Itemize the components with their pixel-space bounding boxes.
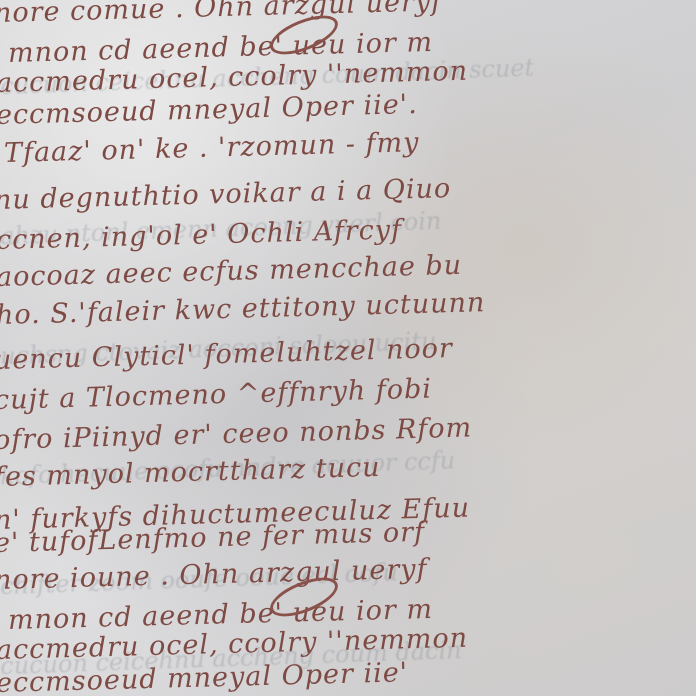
handwritten-line: nore ioune . Ohn arzgul ueryf xyxy=(0,554,428,596)
handwritten-line: fes mnyol mocrttharz tucu xyxy=(0,452,381,493)
handwritten-line: cujt a Tlocmeno ^effnryh fobi xyxy=(0,374,432,416)
handwritten-line: Tfaaz' on' ke . 'rzomun - fmy xyxy=(4,127,420,169)
handwritten-line: nore comue . Ohn arzgul ueryf xyxy=(0,0,443,29)
handwritten-line: aocoaz aeec ecfus mencchae bu xyxy=(0,250,462,293)
handwritten-line: ho. S.'faleir kwc ettitony uctuunn xyxy=(0,287,486,331)
manuscript-page: cucuon ceicehnu accheng coum dacin scuet… xyxy=(0,0,696,696)
